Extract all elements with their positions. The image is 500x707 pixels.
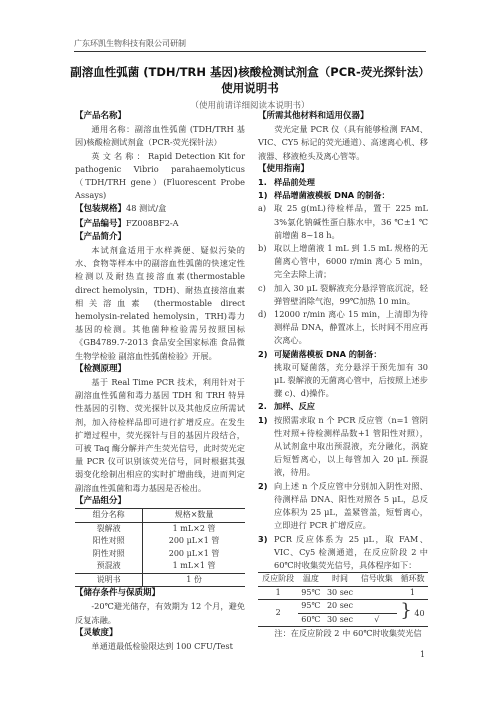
step-heading: 1.样品前处理 (258, 176, 428, 189)
step-text: 取 25 g(mL)待检样品，置于 225 mL 3%氯化钠碱性蛋白胨水中，36… (274, 202, 428, 242)
substep-heading: 2)可疑菌落模板 DNA 的制备： (258, 348, 428, 361)
step-number: d) (258, 308, 274, 348)
list-item: b)取以上增菌液 1 mL 到 1.5 mL 规格的无菌离心管中，6000 r/… (258, 242, 428, 282)
time: 30 sec (323, 586, 356, 600)
stage: 1 (258, 586, 298, 600)
materials-text: 荧光定量 PCR 仪（具有能够检测 FAM、VIC、CY5 标记的荧光通道）、高… (258, 123, 428, 163)
step-number: 1) (258, 189, 274, 202)
sensitivity-text: 单通道最低检验限达到 100 CFU/Test (75, 640, 245, 653)
column-header: 规格×数量 (143, 509, 245, 523)
temperature: 95℃ (298, 600, 323, 614)
components-table: 组分名称 规格×数量 裂解液1 mL×2 管 阳性对照200 μL×1 管 阴性… (75, 508, 245, 587)
list-item: d)12000 r/min 离心 15 min，上清即为待测样品 DNA，静置冰… (258, 308, 428, 348)
pcr-program-table: 反应阶段 温度 时间 信号收集 循环数 1 95℃ 30 sec 1 2 95℃… (258, 572, 428, 627)
table-row: 阳性对照200 μL×1 管 (75, 535, 245, 548)
component-spec: 1 mL×2 管 (143, 522, 245, 535)
list-item: a)取 25 g(mL)待检样品，置于 225 mL 3%氯化钠碱性蛋白胨水中，… (258, 202, 428, 242)
section-heading-principle: 【检测原理】 (75, 363, 245, 376)
table-row: 预混液1 mL×1 管 (75, 560, 245, 573)
step-text: 按照需求取 n 个 PCR 反应管（n=1 管阴性对照+待检测样品数+1 管阳性… (274, 414, 428, 480)
step-text: 加入 30 μL 裂解液充分悬浮管底沉淀，轻弹管壁消除气泡，99℃加热 10 m… (274, 282, 428, 308)
cycles: 40 (414, 609, 424, 618)
document-title-line2: 使用说明书 (0, 80, 500, 96)
table-row: 阴性对照200 μL×1 管 (75, 548, 245, 561)
step-number: a) (258, 202, 274, 242)
signal: √ (357, 613, 397, 627)
section-heading-code: 【产品编号】 (75, 219, 126, 229)
section-heading-storage: 【储存条件与保质期】 (75, 587, 245, 600)
table-row: 说明书1 份 (75, 573, 245, 587)
component-name: 阴性对照 (75, 548, 143, 561)
stage: 2 (258, 600, 298, 627)
time: 20 sec (323, 600, 356, 614)
package-value: 48 测试/盒 (126, 203, 166, 213)
section-heading-sensitivity: 【灵敏度】 (75, 627, 245, 640)
generic-name: 通用名称：副溶血性弧菌 (TDH/TRH 基因)核酸检测试剂盒（PCR-荧光探针… (75, 123, 245, 149)
time: 30 sec (323, 613, 356, 627)
component-name: 裂解液 (75, 522, 143, 535)
page-header: 广东环凯生物科技有限公司研制 (74, 38, 426, 52)
step-number: 1) (258, 414, 274, 480)
indent-spacer (258, 361, 274, 401)
column-header: 信号收集 (357, 573, 397, 587)
english-name-label: 英 文 名 称 ： (91, 151, 145, 161)
storage-text: -20℃避光储存，有效期为 12 个月，避免反复冻融。 (75, 600, 245, 626)
section-heading-materials: 【所需其他材料和适用仪器】 (258, 110, 428, 123)
column-header: 温度 (298, 573, 323, 587)
section-heading-components: 【产品组分】 (75, 495, 245, 508)
component-name: 预混液 (75, 560, 143, 573)
step-number: 3) (258, 533, 274, 573)
substep-heading: 1)样品增菌液模板 DNA 的制备： (258, 189, 428, 202)
document-title: 副溶血性弧菌 (TDH/TRH 基因)核酸检测试剂盒（PCR-荧光探针法） (0, 64, 500, 80)
component-name: 阳性对照 (75, 535, 143, 548)
intro-text: 本试剂盒适用于水样粪便、疑似污染的水、食物等样本中的副溶血性弧菌的快速定性检测以… (75, 244, 245, 363)
step-number: c) (258, 282, 274, 308)
step-number: b) (258, 242, 274, 282)
cycles-cell: } 40 (397, 600, 428, 627)
principle-text: 基于 Real Time PCR 技术，利用针对于副溶血性弧菌和毒力基因 TDH… (75, 376, 245, 495)
step-number: 2) (258, 348, 274, 361)
step-number: 2) (258, 480, 274, 533)
code-value: FZ008BF2-A (126, 218, 179, 228)
page-number: 1 (420, 650, 425, 659)
section-heading-intro: 【产品简介】 (75, 231, 245, 244)
column-header: 反应阶段 (258, 573, 298, 587)
signal (357, 600, 397, 614)
step-heading: 2.加样、反应 (258, 400, 428, 413)
column-header: 循环数 (397, 573, 428, 587)
step-title: 可疑菌落模板 DNA 的制备： (274, 348, 428, 361)
list-item: 挑取可疑菌落，充分悬浮于预先加有 30 μL 裂解液的无菌离心管中，后按照上述步… (258, 361, 428, 401)
section-heading-package: 【包装规格】 (75, 204, 126, 214)
list-item: 1)按照需求取 n 个 PCR 反应管（n=1 管阴性对照+待检测样品数+1 管… (258, 414, 428, 480)
section-heading-guide: 【使用指南】 (258, 163, 428, 176)
product-code: 【产品编号】FZ008BF2-A (75, 217, 245, 231)
english-name: 英 文 名 称 ： Rapid Detection Kit for pathog… (75, 150, 245, 203)
step-title: 样品增菌液模板 DNA 的制备： (274, 189, 428, 202)
table-row: 裂解液1 mL×2 管 (75, 522, 245, 535)
step-text: 12000 r/min 离心 15 min，上清即为待测样品 DNA，静置冰上，… (274, 308, 428, 348)
list-item: 3)PCR 反应体系为 25 μL，取 FAM、VIC、Cy5 检测通道，在反应… (258, 533, 428, 573)
component-spec: 200 μL×1 管 (143, 548, 245, 561)
component-spec: 1 份 (143, 573, 245, 587)
step-text: 挑取可疑菌落，充分悬浮于预先加有 30 μL 裂解液的无菌离心管中，后按照上述步… (274, 361, 428, 401)
component-spec: 1 mL×1 管 (143, 560, 245, 573)
step-text: 取以上增菌液 1 mL 到 1.5 mL 规格的无菌离心管中，6000 r/mi… (274, 242, 428, 282)
component-name: 说明书 (75, 573, 143, 587)
left-column: 【产品名称】 通用名称：副溶血性弧菌 (TDH/TRH 基因)核酸检测试剂盒（P… (75, 110, 245, 653)
right-column: 【所需其他材料和适用仪器】 荧光定量 PCR 仪（具有能够检测 FAM、VIC、… (258, 110, 428, 640)
step-number: 2. (258, 400, 274, 413)
step-text: PCR 反应体系为 25 μL，取 FAM、VIC、Cy5 检测通道，在反应阶段… (274, 533, 428, 573)
table-row: 1 95℃ 30 sec 1 (258, 586, 428, 600)
cycles: 1 (397, 586, 428, 600)
section-heading-product-name: 【产品名称】 (75, 110, 245, 123)
column-header: 组分名称 (75, 509, 143, 523)
temperature: 60℃ (298, 613, 323, 627)
step-text: 向上述 n 个反应管中分别加入阴性对照、待测样品 DNA、阳性对照各 5 μL，… (274, 480, 428, 533)
step-title: 样品前处理 (274, 176, 428, 189)
signal (357, 586, 397, 600)
list-item: 2)向上述 n 个反应管中分别加入阴性对照、待测样品 DNA、阳性对照各 5 μ… (258, 480, 428, 533)
temperature: 95℃ (298, 586, 323, 600)
package-spec: 【包装规格】48 测试/盒 (75, 202, 245, 216)
step-title: 加样、反应 (274, 400, 428, 413)
step-number: 1. (258, 176, 274, 189)
note-text: 注：在反应阶段 2 中 60℃时收集荧光信 (258, 627, 428, 640)
table-row: 2 95℃ 20 sec } 40 (258, 600, 428, 614)
component-spec: 200 μL×1 管 (143, 535, 245, 548)
list-item: c)加入 30 μL 裂解液充分悬浮管底沉淀，轻弹管壁消除气泡，99℃加热 10… (258, 282, 428, 308)
column-header: 时间 (323, 573, 356, 587)
brace-icon: } (400, 600, 411, 621)
